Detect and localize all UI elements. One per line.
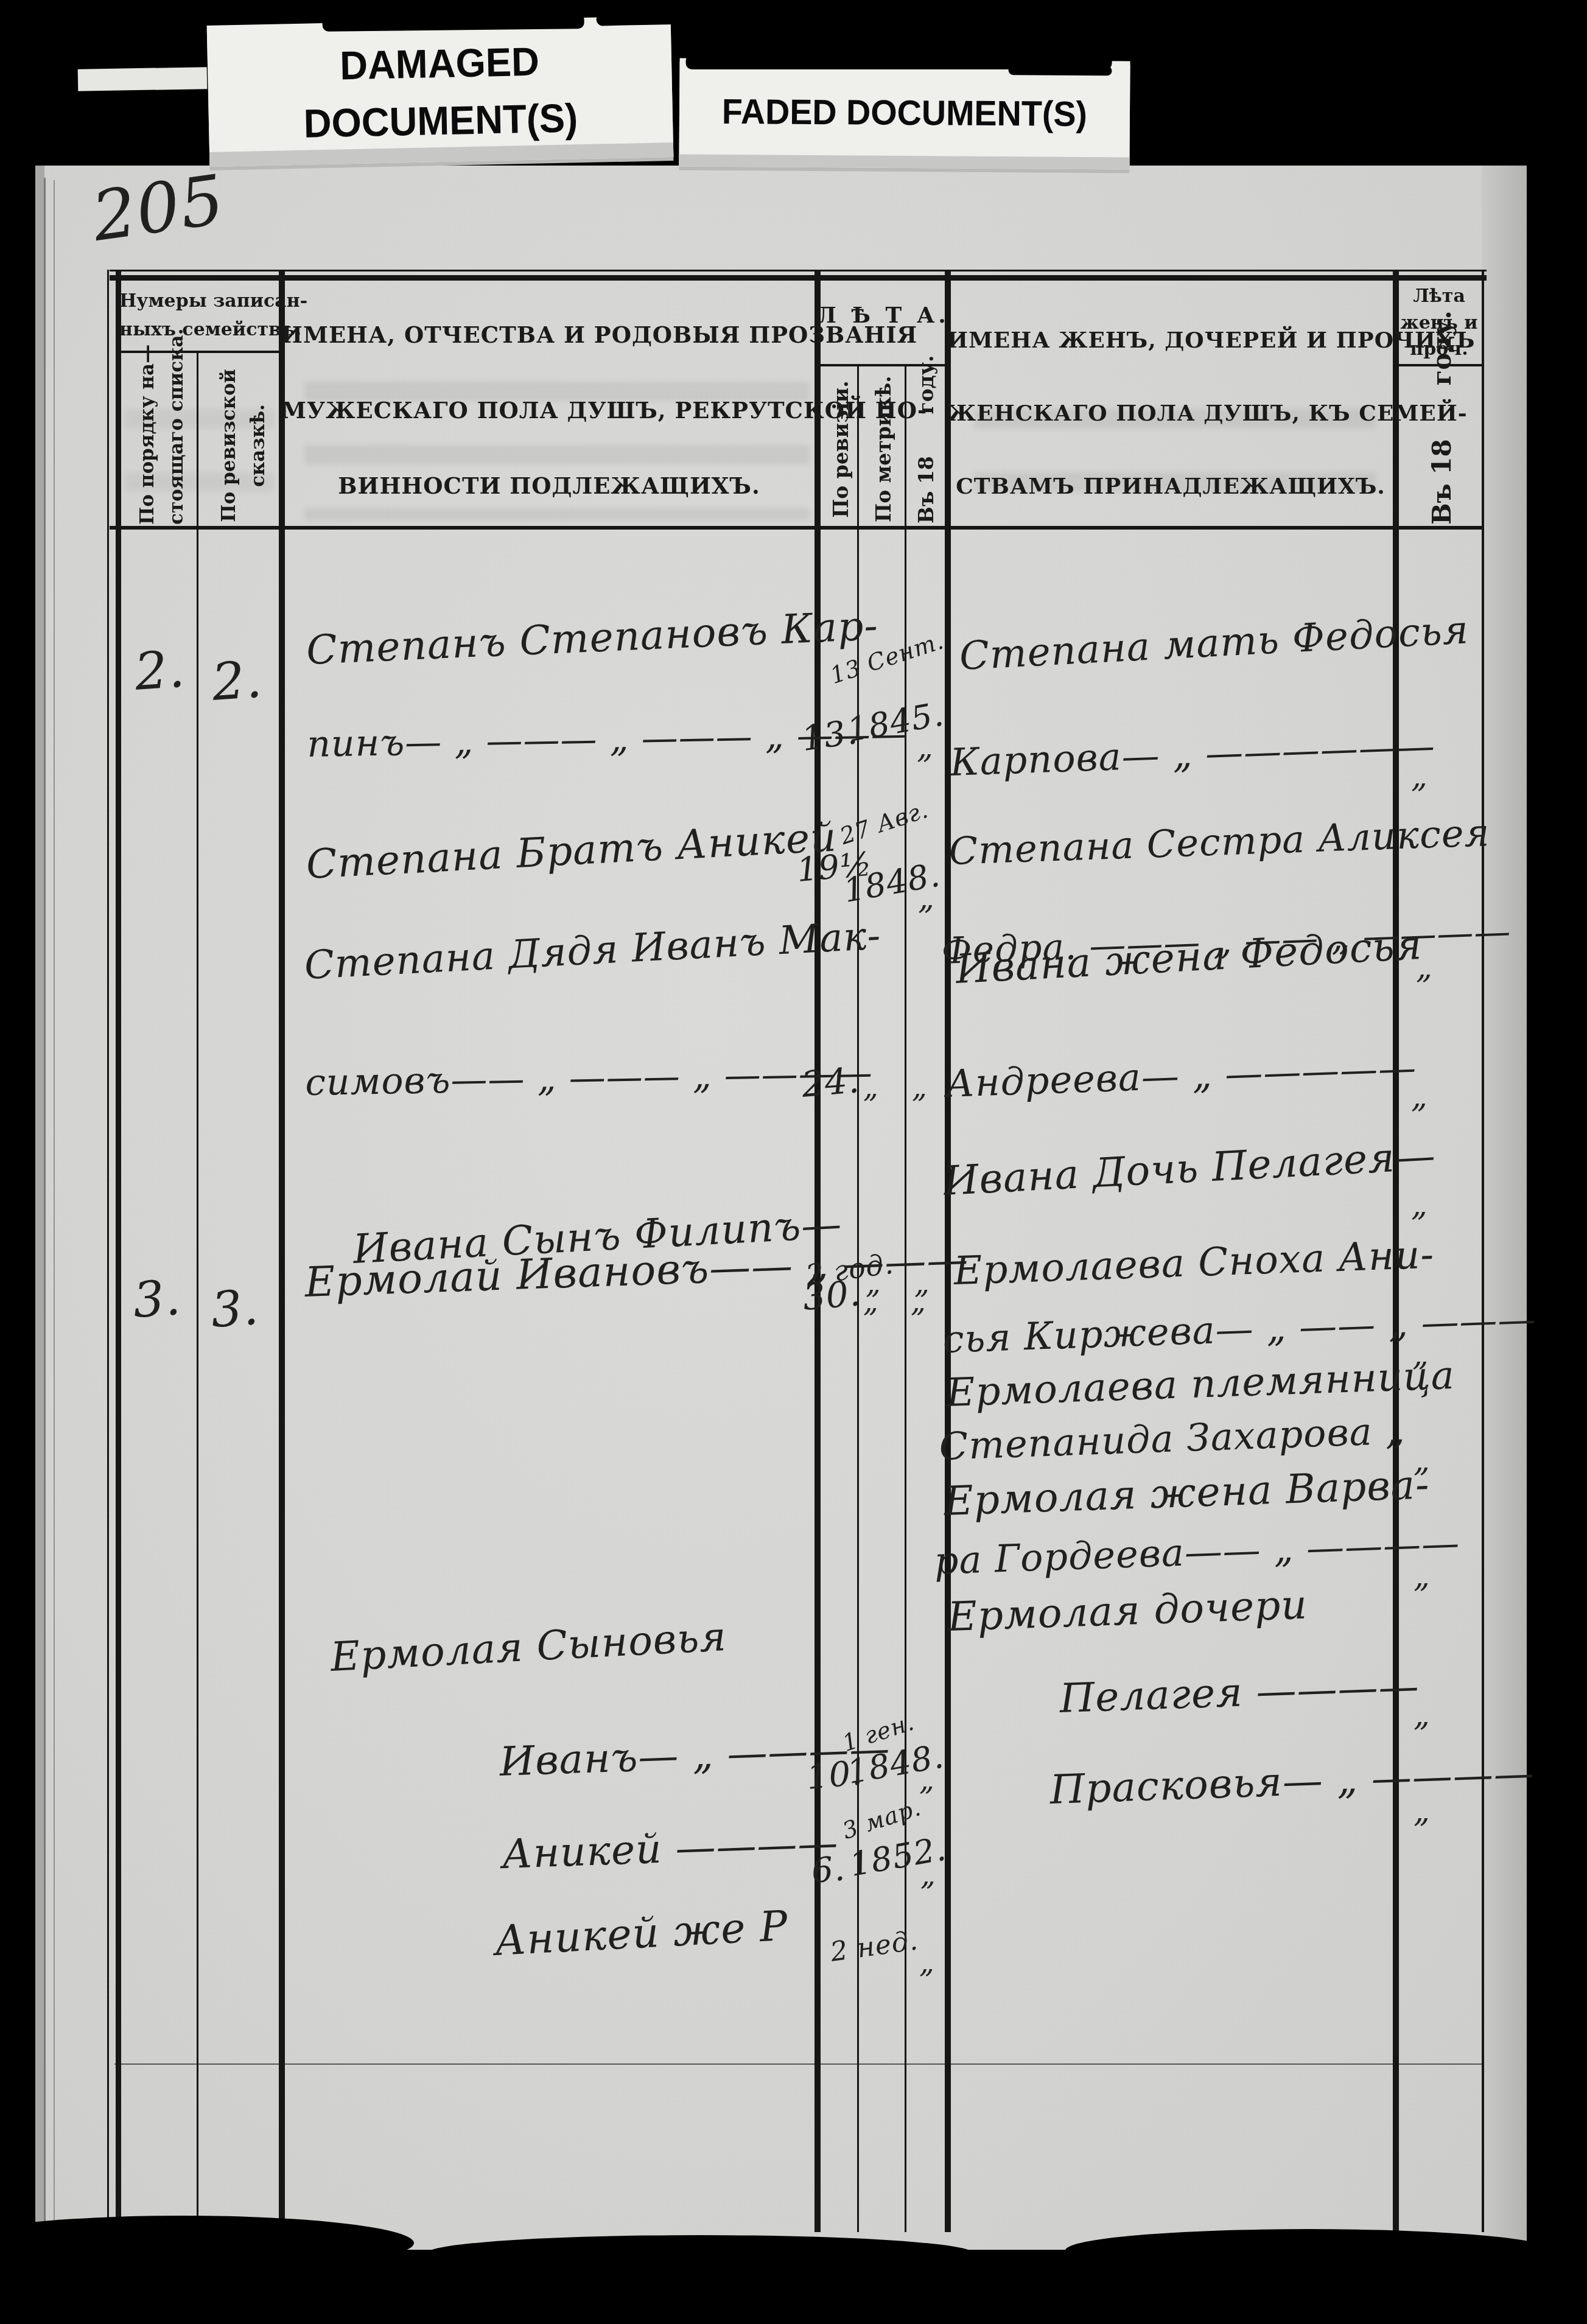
header-col-in-year: Въ 18 году. [911,371,942,523]
family2-male1-year-ditto: „ [917,729,933,766]
header-female-title-line1: ИМЕНА ЖЕНЪ, ДОЧЕРЕЙ И ПРОЧИХЪ [947,327,1394,353]
family2-female1-year-ditto: „ [1411,758,1428,795]
ink-smear [596,12,681,26]
column-divider-numbers-males [279,270,285,2232]
family3-male1-year-ditto: „ [911,1284,926,1318]
paper-right-edge-shade [1482,166,1527,2253]
sticker-damaged-line1: DAMAGED [217,35,663,91]
stacked-page-edge-line [54,180,55,2238]
table-left-border-thin [107,270,109,2232]
family3-male1-revision-age: 30. [801,1272,863,1318]
header-female-title-line3: СТВАМЪ ПРИНАДЛЕЖАЩИХЪ. [947,474,1394,499]
column-divider-order-revision [197,352,198,2232]
family2-order-number: 2. [133,639,187,702]
table-top-border-thin [110,270,1487,271]
header-col-by-metrics: По метрикѣ. [868,376,899,522]
paper-left-edge-shade [35,166,44,2253]
sticker-damaged-line2: DOCUMENT(S) [218,93,664,148]
family3-female3-year-ditto: „ [1414,1558,1430,1595]
bottom-tear-blob [426,2235,974,2272]
scanned-document-page: 205 Нумеры записан- ныхъ семействъ. По п… [0,0,1587,2324]
header-male-title-line1: ИМЕНА, ОТЧЕСТВА И РОДОВЫЯ ПРОЗВАНІЯ [281,321,817,348]
torn-page-sliver [78,67,208,91]
family3-son2-year-ditto: „ [920,1858,936,1892]
row-separator-line [114,2063,1483,2065]
header-col-order-number: По порядку на— стоящаго списка. [133,366,191,525]
header-female-title-line2: ЖЕНСКАГО ПОЛА ДУШЪ, КЪ СЕМЕЙ- [947,401,1394,426]
family3-order-number: 3. [131,1269,183,1329]
sticker-faded: FADED DOCUMENT(S) [679,58,1130,169]
family2-female4-year-ditto: „ [1411,1187,1428,1223]
header-bottom-border [110,526,1484,530]
table-left-border-thick [116,270,121,2232]
header-col-revision-tale: По ревизской сказкѣ. [214,366,273,525]
header-col-by-revision: По ревизіи. [825,376,857,522]
family3-daughter1-year-ditto: „ [1414,1697,1430,1734]
header-female-col-in-year: Въ 18 году. [1422,373,1462,525]
table-top-border-thick [110,275,1487,281]
family2-revision-number: 2. [210,649,264,712]
family2-female3-year-ditto: „ [1411,1079,1428,1115]
family3-son1-year-ditto: „ [919,1763,934,1797]
family3-son3-year-ditto: „ [919,1945,934,1979]
bottom-tear-blob [1065,2229,1552,2272]
header-male-title-line3: ВИННОСТИ ПОДЛЕЖАЩИХЪ. [281,472,817,499]
ink-smear [1008,65,1112,75]
stacked-page-edge-line [44,178,46,2239]
family2-male3-year-ditto: „ [912,1070,927,1104]
sticker-damaged: DAMAGED DOCUMENT(S) [207,16,674,167]
header-male-title-line2: МУЖЕСКАГО ПОЛА ДУШЪ, РЕКРУТСКОЙ ПО- [281,397,817,424]
header-numbers-group: Нумеры записан- ныхъ семействъ. [119,287,280,344]
family2-male3-metric-ditto: „ [863,1070,878,1104]
family2-male3-revision-age: 24. [800,1059,861,1105]
table-right-border [1482,270,1484,2232]
family2-male2-year-ditto: „ [918,880,934,917]
family3-male1-metric-ditto: „ [863,1284,878,1318]
header-ages-group: Л Ѣ Т А. [817,303,946,328]
family3-son2-revision-age: 6. [810,1849,847,1891]
ink-smear [323,13,584,32]
family3-revision-number: 3. [209,1279,261,1339]
family3-daughter2-year-ditto: „ [1414,1793,1430,1830]
sticker-faded-label: FADED DOCUMENT(S) [688,91,1121,135]
